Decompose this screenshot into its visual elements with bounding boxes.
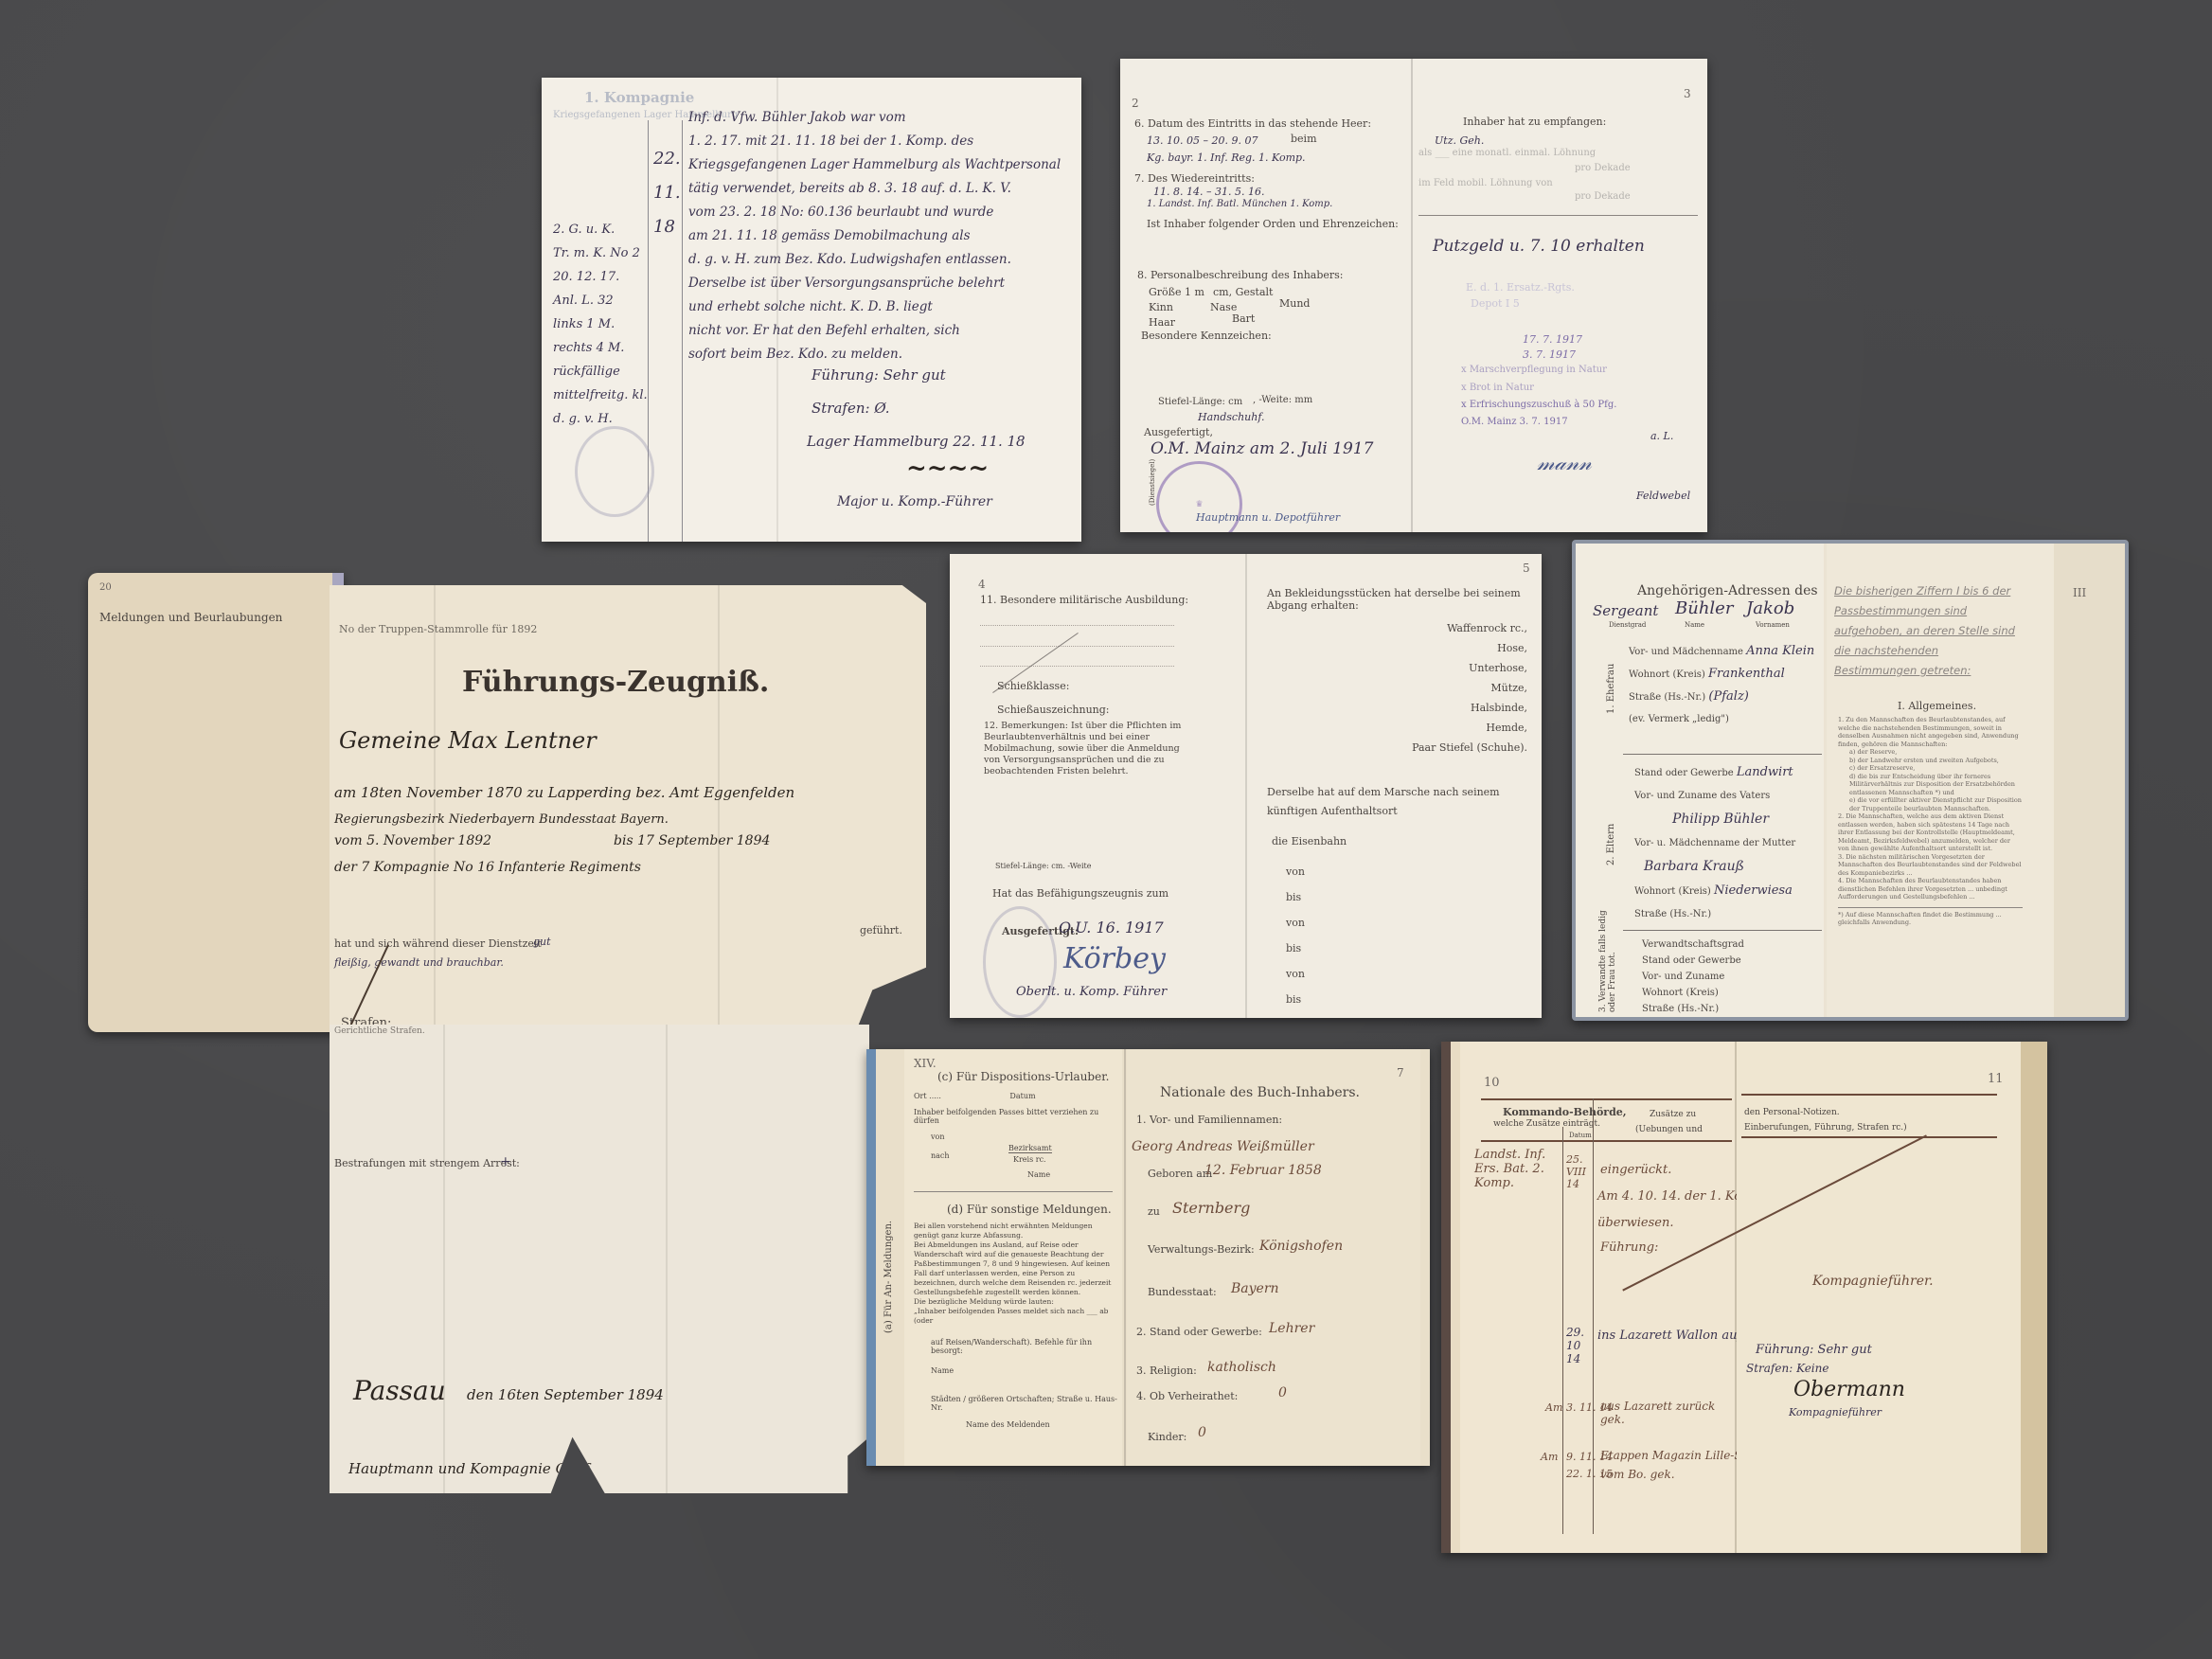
stamp-date: 17. 7. 1917	[1523, 333, 1582, 346]
place-and-date: Lager Hammelburg 22. 11. 18	[807, 433, 1026, 450]
entry-text: vom Bo. gek.	[1600, 1468, 1675, 1481]
pass-regulations-page: Die bisherigen Ziffern I bis 6 der Passb…	[1827, 544, 2054, 1017]
personal-notes-header: den Personal-Notizen.	[1744, 1108, 1840, 1117]
page-number: 10	[1484, 1076, 1500, 1090]
born-value: 12. Februar 1858	[1204, 1163, 1322, 1178]
signature-title: Oberlt. u. Komp. Führer	[1016, 985, 1167, 999]
next-of-kin-booklet: Angehörigen-Adressen des Sergeant Bühler…	[1572, 540, 2129, 1021]
boot-length-label: Stiefel-Länge: cm	[1158, 397, 1242, 407]
additions-header: Zusätze zu	[1650, 1110, 1696, 1119]
bezirksamt-label: Bezirksamt	[1008, 1144, 1052, 1153]
stamp-line: Depot I 5	[1471, 297, 1520, 310]
name-value: Bühler	[1675, 598, 1733, 618]
conduct-rating: Führung: Sehr gut	[812, 366, 946, 384]
decorations-label: Ist Inhaber folgender Orden und Ehrenzei…	[1147, 218, 1399, 230]
reentry-date-value: 11. 8. 14. – 31. 5. 16.	[1153, 186, 1264, 198]
stamp-line: O.M. Mainz 3. 7. 1917	[1461, 417, 1568, 427]
margin-notes: 2. G. u. K.Tr. m. K. No 220. 12. 17. Anl…	[553, 218, 648, 431]
chin-label: Kinn	[1149, 301, 1173, 313]
march-text: Derselbe hat auf dem Marsche nach seinem…	[1267, 783, 1504, 821]
signature-title: Kompagnieführer	[1789, 1406, 1882, 1418]
entry-text: Führung:	[1600, 1240, 1658, 1255]
kreis-label: Kreis rc.	[1013, 1155, 1046, 1164]
service-to: bis 17 September 1894	[614, 833, 770, 848]
column-rule	[1562, 1127, 1563, 1534]
page-10: 10 Kommando-Behörde, welche Zusätze eint…	[1460, 1042, 1735, 1553]
penalties: Strafen: Ø.	[812, 400, 890, 417]
entry-date-value: 13. 10. 05 – 20. 9. 07	[1147, 134, 1258, 147]
remarks: 12. Bemerkungen: Ist über die Pflichten …	[984, 721, 1183, 777]
clothing-list: Waffenrock rc., Hose, Unterhose, Mütze, …	[1272, 618, 1527, 758]
pay-line: im Feld mobil. Löhnung von	[1418, 178, 1553, 188]
signature-title: Major u. Komp.-Führer	[837, 494, 992, 509]
arrest-label: Bestrafungen mit strengem Arrest:	[334, 1157, 520, 1169]
shooting-class-label: Schießklasse:	[997, 680, 1069, 692]
beard-label: Bart	[1232, 312, 1255, 325]
company-stamp-header: 1. Kompagnie	[584, 89, 694, 106]
personal-notes-subheader: Einberufungen, Führung, Strafen rc.)	[1744, 1123, 1907, 1133]
fuehrungs-zeugniss-lower-half: Gerichtliche Strafen. Bestrafungen mit s…	[330, 1025, 869, 1493]
section-d-title: (d) Für sonstige Meldungen.	[947, 1203, 1112, 1216]
stamp-line: x Erfrischungszuschuß à 50 Pfg.	[1461, 400, 1616, 410]
page-number: XIV.	[914, 1057, 937, 1070]
entry-unit: Landst. Inf. Ers. Bat. 2. Komp.	[1474, 1148, 1560, 1190]
page-number: 3	[1684, 87, 1691, 100]
children-label: Kinder:	[1148, 1431, 1186, 1443]
conduct-label: hat und sich während dieser Dienstzeit	[334, 937, 542, 950]
command-authority-header: Kommando-Behörde,	[1503, 1106, 1627, 1118]
entry-date-label: 6. Datum des Eintritts in das stehende H…	[1134, 117, 1371, 130]
issue-date: den 16ten September 1894	[467, 1386, 664, 1403]
divider	[1623, 754, 1822, 755]
court-penalties-label: Gerichtliche Strafen.	[334, 1026, 425, 1036]
page-4: 4 11. Besondere militärische Ausbildung:…	[950, 554, 1245, 1018]
entitlement-value: Utz. Geh.	[1435, 134, 1484, 147]
entry-prefix: Am	[1545, 1401, 1562, 1414]
roll-number: No der Truppen-Stammrolle für 1892	[339, 623, 537, 635]
additions-subheader: (Uebungen und	[1635, 1125, 1703, 1134]
beim-label: beim	[1291, 133, 1317, 145]
section-d-text: Bei allen vorstehend nicht erwähnten Mel…	[914, 1222, 1113, 1326]
conduct-value: gut	[533, 936, 551, 948]
soldier-name: Gemeine Max Lentner	[339, 727, 597, 754]
militaerpass-pages-4-5: 4 11. Besondere militärische Ausbildung:…	[950, 554, 1542, 1018]
name-label: Name	[1027, 1170, 1050, 1179]
religion-value: katholisch	[1207, 1360, 1276, 1375]
first-names-label: Vornamen	[1756, 621, 1790, 629]
description-label: 8. Personalbeschreibung des Inhabers:	[1137, 269, 1344, 281]
page-number: 20	[99, 582, 112, 593]
section-relatives: 3. Verwandte falls ledig oder Frau tot.	[1598, 899, 1617, 1012]
margin-rule	[682, 120, 683, 542]
reentry-label: 7. Des Wiedereintritts:	[1134, 172, 1255, 185]
margin-date: 22.11.18	[653, 142, 681, 244]
state-label: Bundesstaat:	[1148, 1286, 1217, 1298]
entry-text: eingerückt.	[1600, 1163, 1671, 1177]
gefuehrt-label: geführt.	[860, 924, 902, 937]
stamp-date: 3. 7. 1917	[1523, 348, 1576, 361]
religion-label: 3. Religion:	[1136, 1365, 1197, 1377]
issue-place: Passau	[353, 1375, 446, 1406]
regulations-notice: Die bisherigen Ziffern I bis 6 der Passb…	[1834, 581, 2024, 681]
reisen-wanderschaft: auf Reisen/Wanderschaft). Befehle für ih…	[931, 1338, 1122, 1355]
booklet-meldungen: 20 Meldungen und Beurlaubungen	[88, 573, 344, 1032]
cleaning-allowance-note: Putzgeld u. 7. 10 erhalten	[1433, 237, 1645, 256]
page-number: 11	[1988, 1072, 2004, 1086]
page-number: 5	[1523, 562, 1530, 575]
page-XIV: XIV. (c) Für Dispositions-Urlauber. Ort …	[904, 1049, 1122, 1466]
signature-title: Feldwebel	[1636, 490, 1690, 502]
name-label: Name	[931, 1366, 954, 1375]
service-from: vom 5. November 1892	[334, 833, 491, 848]
feldwebel-signature: 𝓂𝒶𝓃𝓃	[1537, 452, 1592, 475]
wife-fields: Vor- und Mädchenname Anna Klein Wohnort …	[1629, 640, 1814, 730]
unit-info: der 7 Kompagnie No 16 Infanterie Regimen…	[334, 860, 641, 875]
penalties-note: Strafen: Keine	[1746, 1362, 1828, 1375]
section-c-title: (c) Für Dispositions-Urlauber.	[937, 1070, 1109, 1083]
parents-fields: Stand oder Gewerbe Landwirt Vor- und Zun…	[1634, 761, 1795, 926]
born-label: Geboren am	[1148, 1168, 1212, 1180]
stamp-line: x Marschverpflegung in Natur	[1461, 365, 1607, 375]
reporter-name-label: Name des Meldenden	[966, 1420, 1050, 1429]
pay-line: pro Dekade	[1575, 191, 1631, 202]
entry-text: aus Lazarett zurück gek.	[1600, 1400, 1735, 1426]
signature: Körbey	[1063, 942, 1166, 975]
regulations-body: 1. Zu den Mannschaften des Beurlaubtenst…	[1838, 716, 2023, 927]
pay-line: als ___ eine monatl. einmal. Löhnung	[1418, 148, 1596, 158]
qualification-label: Hat das Befähigungszeugnis zum	[992, 887, 1168, 900]
kin-addresses-page: Angehörigen-Adressen des Sergeant Bühler…	[1576, 544, 1824, 1017]
page-2: 2 6. Datum des Eintritts in das stehende…	[1120, 59, 1412, 532]
page-5: 5 An Bekleidungsstücken hat derselbe bei…	[1248, 554, 1542, 1018]
rank-label: Dienstgrad	[1609, 621, 1646, 629]
arrest-value: +	[500, 1154, 511, 1169]
married-label: 4. Ob Verheirathet:	[1136, 1390, 1238, 1402]
personal-notes-booklet: 10 Kommando-Behörde, welche Zusätze eint…	[1441, 1042, 2047, 1553]
entry-date: 25. VIII 14	[1566, 1153, 1591, 1190]
special-training-label: 11. Besondere militärische Ausbildung:	[980, 594, 1188, 606]
issued-value: O.M. Mainz am 2. Juli 1917	[1151, 439, 1373, 458]
nationale-title: Nationale des Buch-Inhabers.	[1160, 1085, 1360, 1100]
divider	[914, 1191, 1113, 1192]
boot-size-label: Stiefel-Länge: cm. -Weite	[995, 862, 1092, 870]
section-c-text: Inhaber beifolgenden Passes bittet verzi…	[914, 1108, 1113, 1125]
route-list: vonbis vonbis vonbis	[1286, 859, 1305, 1012]
occupation-label: 2. Stand oder Gewerbe:	[1136, 1326, 1262, 1338]
birth-info: am 18ten November 1870 zu Lapperding bez…	[334, 784, 794, 801]
signature-title: Hauptmann u. Depotführer	[1196, 511, 1340, 524]
date-column-header: Datum	[1569, 1132, 1592, 1139]
entry-prefix: Am	[1541, 1451, 1558, 1463]
stamp-line: E. d. 1. Ersatz.-Rgts.	[1466, 281, 1575, 294]
marks-label: Besondere Kennzeichen:	[1141, 330, 1272, 342]
state-value: Bayern	[1231, 1281, 1279, 1296]
signature: Obermann	[1793, 1378, 1905, 1401]
nationale-booklet: XIV. (c) Für Dispositions-Urlauber. Ort …	[866, 1049, 1430, 1466]
side-label: (a) Für An- Meldungen.	[883, 1221, 894, 1333]
hammelburg-discharge-certificate: 1. Kompagnie Kriegsgefangenen Lager Hamm…	[542, 78, 1081, 542]
issued-label: Ausgefertigt,	[1144, 426, 1213, 438]
place-value: Sternberg	[1172, 1199, 1250, 1217]
certificate-title: Führungs-Zeugniß.	[462, 666, 769, 699]
rank-value: Sergeant	[1593, 602, 1658, 619]
stamp-line: x Brot in Natur	[1461, 383, 1534, 393]
signature-title: Hauptmann und Kompagnie Chef.	[348, 1460, 593, 1477]
nach-label: nach	[931, 1151, 950, 1160]
page-number: III	[2073, 586, 2086, 599]
divider	[1418, 215, 1698, 216]
divider	[1623, 930, 1822, 931]
conduct-extra: fleißig, gewandt und brauchbar.	[334, 956, 504, 969]
ort-datum: Ort ..... Datum	[914, 1092, 1036, 1100]
occupation-value: Lehrer	[1269, 1321, 1314, 1336]
signature: ~~~~	[906, 455, 989, 483]
railway-label: die Eisenbahn	[1272, 835, 1347, 847]
issued-value: O.U. 16. 1917	[1059, 919, 1164, 937]
seal-label: (Dienstsiegel)	[1149, 459, 1156, 506]
names-label: 1. Vor- und Familiennamen:	[1136, 1114, 1282, 1126]
conduct-note: Führung: Sehr gut	[1756, 1343, 1872, 1357]
staedten-label: Städten / größeren Ortschaften; Straße u…	[931, 1395, 1122, 1412]
boot-width-label: , -Weite: mm	[1253, 395, 1312, 405]
company-leader-note: Kompagnieführer.	[1812, 1274, 1934, 1289]
fuehrungs-zeugniss-certificate: No der Truppen-Stammrolle für 1892 Führu…	[330, 585, 926, 1035]
place-label: zu	[1148, 1205, 1160, 1218]
name-label: Name	[1685, 621, 1704, 629]
entry-unit-value: Kg. bayr. 1. Inf. Reg. 1. Komp.	[1147, 152, 1306, 164]
shooting-award-label: Schießauszeichnung:	[997, 704, 1110, 716]
underlying-page-III: III	[2054, 544, 2125, 1017]
page-7-nationale: 7 Nationale des Buch-Inhabers. 1. Vor- u…	[1127, 1049, 1420, 1466]
district-value: Königshofen	[1259, 1239, 1343, 1254]
page-number: 7	[1397, 1066, 1404, 1079]
build-label: cm, Gestalt	[1213, 286, 1273, 298]
height-label: Größe 1 m	[1149, 286, 1204, 298]
page-number: 2	[1132, 97, 1139, 110]
entry-date: 29. 10 14	[1566, 1326, 1593, 1365]
first-name-value: Jakob	[1746, 598, 1794, 618]
page-edges	[2021, 1042, 2047, 1553]
booklet-heading: Meldungen und Beurlaubungen	[99, 611, 282, 624]
page-11: 11 den Personal-Notizen. Einberufungen, …	[1737, 1042, 2021, 1553]
certificate-body: Inf. d. Vfw. Bühler Jakob war vom1. 2. 1…	[688, 106, 1072, 366]
handwritten-note: Handschuhf.	[1198, 411, 1265, 423]
faint-unit-seal	[983, 906, 1057, 1018]
command-authority-subheader: welche Zusätze einträgt.	[1493, 1119, 1600, 1129]
page-3: 3 Inhaber hat zu empfangen: Utz. Geh. al…	[1414, 59, 1707, 532]
relatives-fields: VerwandtschaftsgradStand oder Gewerbe Vo…	[1642, 937, 1744, 1017]
entitlement-label: Inhaber hat zu empfangen:	[1463, 116, 1606, 128]
region-info: Regierungsbezirk Niederbayern Bundesstaa…	[334, 812, 669, 827]
kin-heading: Angehörigen-Adressen des	[1637, 583, 1818, 598]
page-number: 4	[978, 578, 986, 591]
section-parents: 2. Eltern	[1606, 824, 1616, 865]
militaerpass-pages-2-3: 2 6. Datum des Eintritts in das stehende…	[1120, 59, 1707, 532]
von-label: von	[931, 1133, 945, 1141]
reentry-unit-value: 1. Landst. Inf. Batl. München 1. Komp.	[1147, 199, 1332, 209]
pay-line: pro Dekade	[1575, 163, 1631, 173]
faint-camp-seal	[575, 426, 654, 517]
hair-label: Haar	[1149, 316, 1175, 329]
married-value: 0	[1278, 1385, 1287, 1400]
section-wife: 1. Ehefrau	[1606, 664, 1616, 714]
mouth-label: Mund	[1279, 297, 1310, 310]
district-label: Verwaltungs-Bezirk:	[1148, 1243, 1255, 1256]
initials: a. L.	[1650, 430, 1673, 442]
section-general: I. Allgemeines.	[1898, 700, 1976, 712]
children-value: 0	[1198, 1425, 1206, 1440]
names-value: Georg Andreas Weißmüller	[1132, 1139, 1314, 1154]
clothing-heading: An Bekleidungsstücken hat derselbe bei s…	[1267, 587, 1523, 612]
